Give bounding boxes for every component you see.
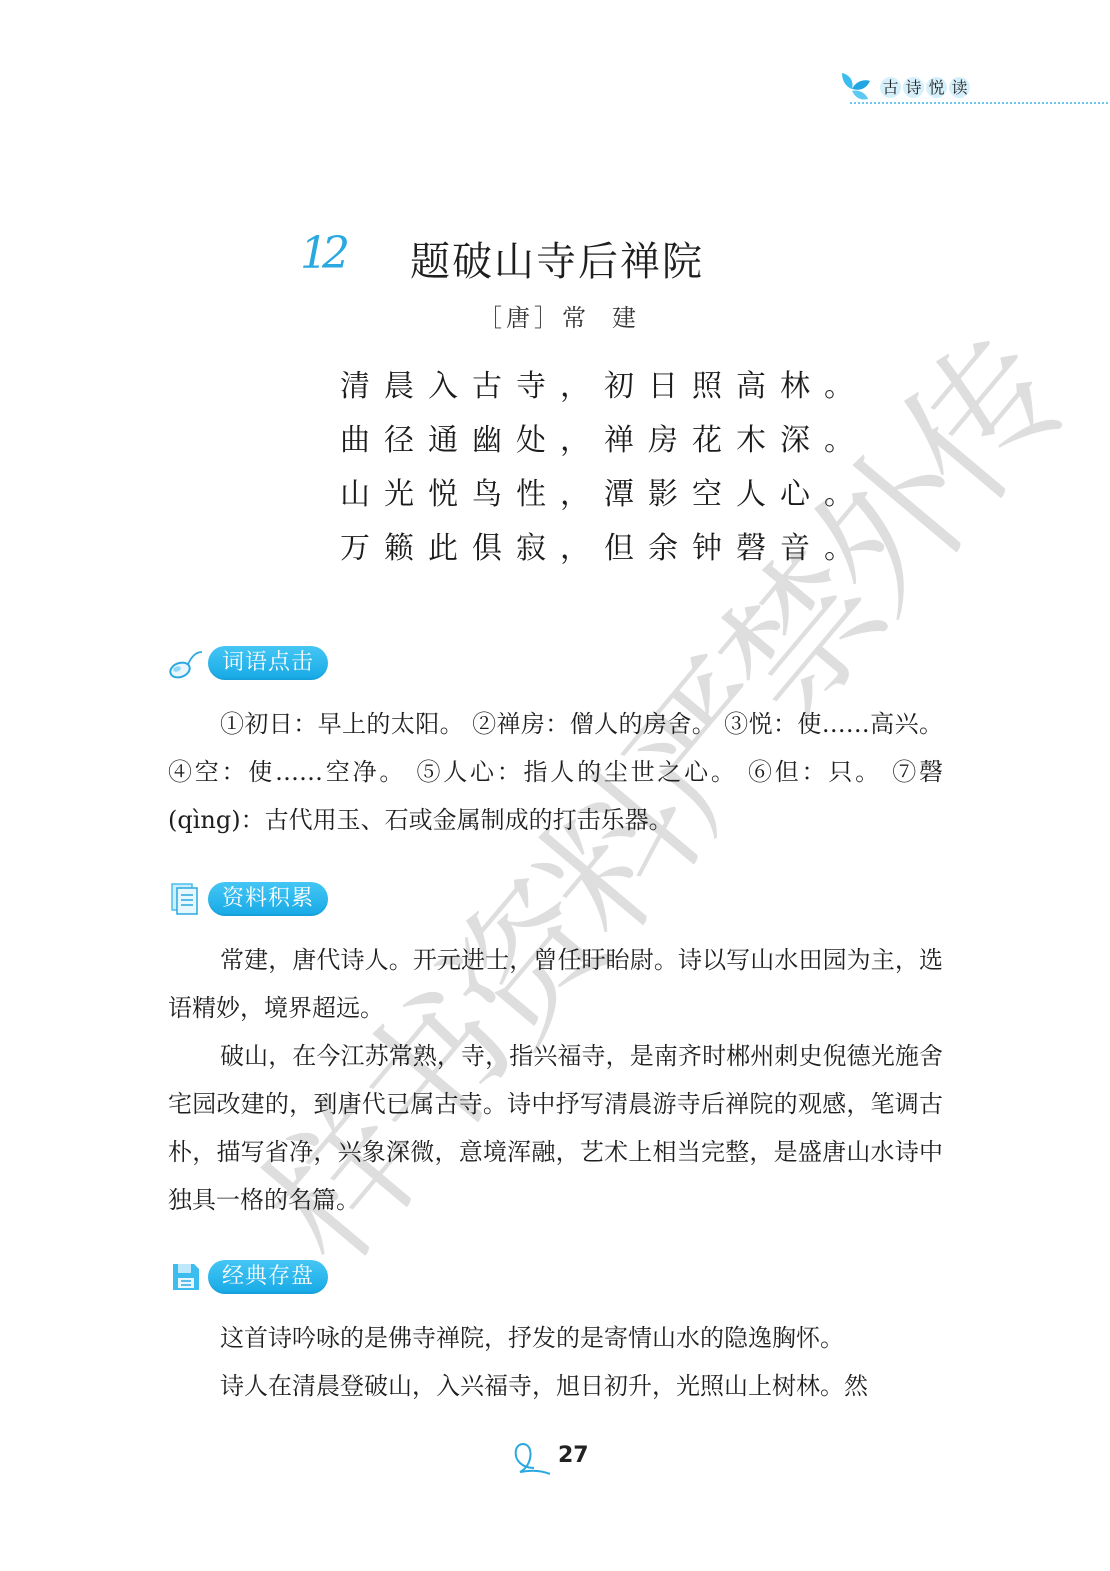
vocab-section-header: 词语点击 bbox=[168, 646, 328, 680]
background-label: 资料积累 bbox=[208, 882, 328, 916]
poem-line: 山光悦鸟性，潭影空人心。 bbox=[340, 468, 868, 522]
classic-paragraph: 诗人在清晨登破山，入兴福寺，旭日初升，光照山上树林。然 bbox=[168, 1362, 943, 1410]
leaf-icon bbox=[838, 71, 872, 103]
background-paragraph: 破山，在今江苏常熟，寺，指兴福寺，是南齐时郴州刺史倪德光施舍宅园改建的，到唐代已… bbox=[168, 1032, 943, 1224]
dynasty: ［唐］ bbox=[478, 304, 562, 332]
author-line: ［唐］常建 bbox=[478, 298, 662, 333]
header-char: 读 bbox=[949, 77, 970, 98]
page-footer: 27 bbox=[510, 1438, 589, 1478]
background-section-header: 资料积累 bbox=[168, 882, 328, 916]
author-name: 常建 bbox=[562, 304, 662, 332]
floppy-disk-icon bbox=[168, 1260, 204, 1294]
classic-section-header: 经典存盘 bbox=[168, 1260, 328, 1294]
vocab-notes: ①初日：早上的太阳。 ②禅房：僧人的房舍。 ③悦：使……高兴。 ④空：使……空净… bbox=[168, 700, 943, 844]
lesson-title-row: 12 题破山寺后禅院 bbox=[0, 228, 1110, 288]
poem-line: 万籁此俱寂，但余钟磬音。 bbox=[340, 522, 868, 576]
mouse-icon bbox=[168, 646, 204, 680]
page-number: 27 bbox=[558, 1443, 589, 1468]
ribbon-icon bbox=[510, 1438, 550, 1478]
poem-title: 题破山寺后禅院 bbox=[410, 230, 704, 287]
poem-body: 清晨入古寺，初日照高林。 曲径通幽处，禅房花木深。 山光悦鸟性，潭影空人心。 万… bbox=[340, 360, 868, 576]
document-icon bbox=[168, 882, 204, 916]
lesson-number: 12 bbox=[300, 228, 344, 279]
header-char: 诗 bbox=[903, 77, 924, 98]
classic-paragraph: 这首诗吟咏的是佛寺禅院，抒发的是寄情山水的隐逸胸怀。 bbox=[168, 1314, 943, 1362]
header-title: 古 诗 悦 读 bbox=[880, 77, 970, 98]
vocab-label: 词语点击 bbox=[208, 646, 328, 680]
header-char: 古 bbox=[880, 77, 901, 98]
classic-label: 经典存盘 bbox=[208, 1260, 328, 1294]
poem-line: 清晨入古寺，初日照高林。 bbox=[340, 360, 868, 414]
header-dotted-divider bbox=[850, 102, 1108, 104]
section-header: 古 诗 悦 读 bbox=[838, 70, 970, 104]
background-paragraph: 常建，唐代诗人。开元进士，曾任盱眙尉。诗以写山水田园为主，选语精妙，境界超远。 bbox=[168, 936, 943, 1032]
poem-line: 曲径通幽处，禅房花木深。 bbox=[340, 414, 868, 468]
header-char: 悦 bbox=[926, 77, 947, 98]
